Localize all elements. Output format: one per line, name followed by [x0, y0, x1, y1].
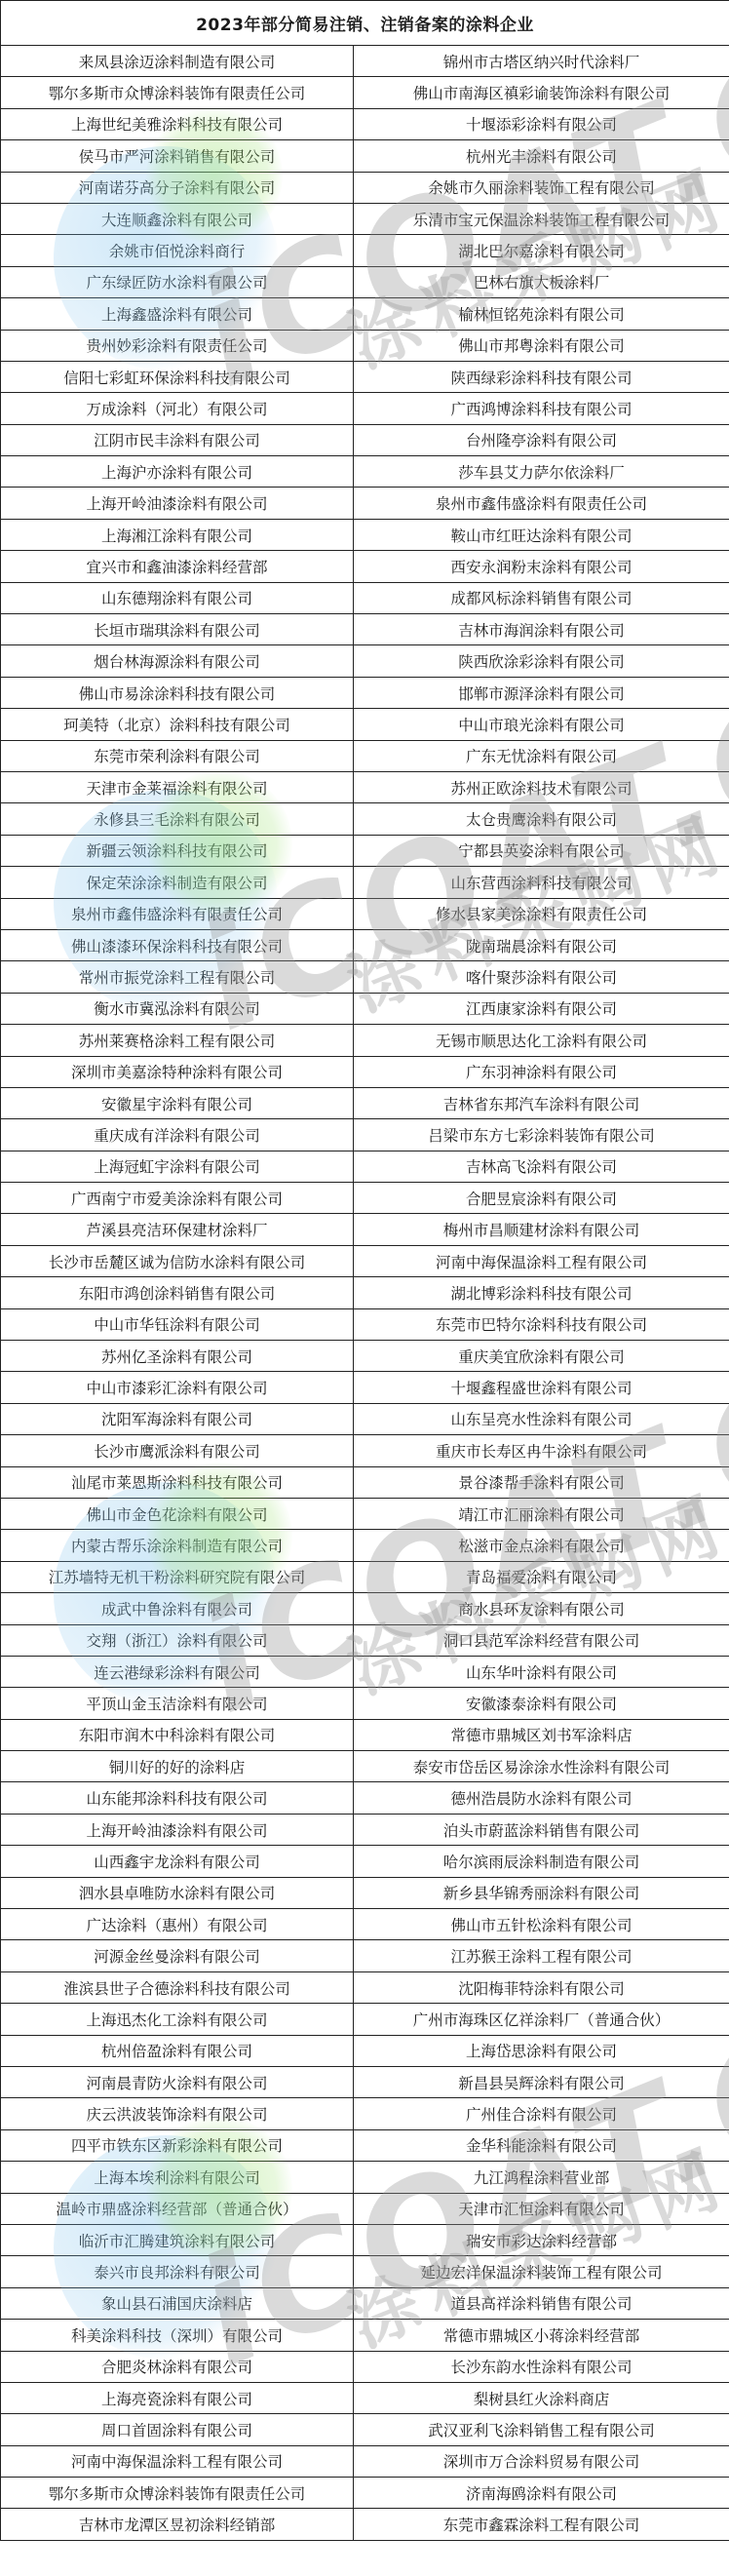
- company-name-left: 广西南宁市爱美涂涂料有限公司: [1, 1183, 354, 1214]
- company-name-left: 珂美特（北京）涂料科技有限公司: [1, 709, 354, 740]
- company-name-left: 烟台林海源涂料有限公司: [1, 645, 354, 677]
- company-name-right: 靖江市汇丽涂料有限公司: [354, 1498, 729, 1529]
- table-row: 杭州倍盈涂料有限公司上海岱思涂料有限公司: [1, 2035, 729, 2066]
- table-row: 庆云洪波装饰涂料有限公司广州佳合涂料有限公司: [1, 2098, 729, 2129]
- company-name-right: 苏州正欧涂料技术有限公司: [354, 771, 729, 802]
- company-name-right: 宁都县英姿涂料有限公司: [354, 835, 729, 866]
- company-name-right: 喀什聚莎涂料有限公司: [354, 961, 729, 993]
- company-name-left: 侯马市严河涂料销售有限公司: [1, 140, 354, 172]
- table-row: 重庆成有洋涂料有限公司吕梁市东方七彩涂料装饰有限公司: [1, 1119, 729, 1151]
- company-name-right: 延边宏洋保温涂料装饰工程有限公司: [354, 2256, 729, 2287]
- table-row: 长沙市岳麓区诚为信防水涂料有限公司河南中海保温涂料工程有限公司: [1, 1245, 729, 1276]
- company-name-left: 上海开岭油漆涂料有限公司: [1, 488, 354, 519]
- company-name-right: 东莞市鑫霖涂料工程有限公司: [354, 2509, 729, 2540]
- table-row: 苏州莱赛格涂料工程有限公司无锡市顺思达化工涂料有限公司: [1, 1025, 729, 1056]
- table-row: 上海开岭油漆涂料有限公司泉州市鑫伟盛涂料有限责任公司: [1, 488, 729, 519]
- table-row: 广西南宁市爱美涂涂料有限公司合肥昱宸涂料有限公司: [1, 1183, 729, 1214]
- company-name-right: 鞍山市红旺达涂料有限公司: [354, 519, 729, 550]
- company-name-right: 道县高祥涂料销售有限公司: [354, 2287, 729, 2319]
- company-name-left: 温岭市鼎盛涂料经营部（普通合伙）: [1, 2193, 354, 2224]
- table-row: 苏州亿圣涂料有限公司重庆美宜欣涂料有限公司: [1, 1341, 729, 1372]
- company-name-right: 深圳市万合涂料贸易有限公司: [354, 2445, 729, 2477]
- company-name-left: 上海开岭油漆涂料有限公司: [1, 1814, 354, 1845]
- table-row: 中山市华钰涂料有限公司东莞市巴特尔涂料科技有限公司: [1, 1308, 729, 1340]
- company-name-left: 合肥炎林涂料有限公司: [1, 2351, 354, 2382]
- table-row: 温岭市鼎盛涂料经营部（普通合伙）天津市汇恒涂料有限公司: [1, 2193, 729, 2224]
- company-name-left: 平顶山金玉洁涂料有限公司: [1, 1688, 354, 1719]
- company-name-right: 天津市汇恒涂料有限公司: [354, 2193, 729, 2224]
- table-row: 泗水县卓唯防水涂料有限公司新乡县华锦秀丽涂料有限公司: [1, 1877, 729, 1908]
- company-name-right: 莎车县艾力萨尔依涂料厂: [354, 456, 729, 488]
- table-row: 贵州妙彩涂料有限责任公司佛山市邦粤涂料有限公司: [1, 330, 729, 361]
- table-row: 安徽星宇涂料有限公司吉林省东邦汽车涂料有限公司: [1, 1087, 729, 1118]
- table-row: 烟台林海源涂料有限公司陕西欣涂彩涂料有限公司: [1, 645, 729, 677]
- table-row: 上海冠虹宇涂料有限公司吉林高飞涂料有限公司: [1, 1151, 729, 1182]
- table-row: 泉州市鑫伟盛涂料有限责任公司修水县家美涂涂料有限责任公司: [1, 898, 729, 929]
- company-name-left: 余姚市佰悦涂料商行: [1, 235, 354, 266]
- table-row: 上海本埃利涂料有限公司九江鸿程涂料营业部: [1, 2162, 729, 2193]
- company-name-right: 榆林恒铭苑涂料有限公司: [354, 298, 729, 330]
- company-name-right: 重庆美宜欣涂料有限公司: [354, 1341, 729, 1372]
- table-row: 广达涂料（惠州）有限公司佛山市五针松涂料有限公司: [1, 1909, 729, 1940]
- table-row: 河南诺芬高分子涂料有限公司余姚市久丽涂料装饰工程有限公司: [1, 172, 729, 203]
- company-name-left: 交翔（浙江）涂料有限公司: [1, 1624, 354, 1656]
- company-name-right: 洞口县范军涂料经营有限公司: [354, 1624, 729, 1656]
- company-name-left: 江阴市民丰涂料有限公司: [1, 424, 354, 455]
- company-name-right: 乐清市宝元保温涂料装饰工程有限公司: [354, 203, 729, 234]
- table-row: 山西鑫宇龙涂料有限公司哈尔滨雨辰涂料制造有限公司: [1, 1846, 729, 1877]
- company-name-right: 泰安市岱岳区易涂涂水性涂料有限公司: [354, 1751, 729, 1782]
- company-name-left: 芦溪县亮洁环保建材涂料厂: [1, 1214, 354, 1245]
- company-name-left: 来凤县涂迈涂料制造有限公司: [1, 46, 354, 77]
- company-name-left: 杭州倍盈涂料有限公司: [1, 2035, 354, 2066]
- table-row: 佛山漆漆环保涂料科技有限公司陇南瑞晨涂料有限公司: [1, 929, 729, 960]
- company-name-right: 太仓贵鹰涂料有限公司: [354, 803, 729, 835]
- company-name-right: 梨树县红火涂料商店: [354, 2382, 729, 2413]
- company-name-right: 广东羽神涂料有限公司: [354, 1056, 729, 1087]
- company-name-right: 重庆市长寿区冉牛涂料有限公司: [354, 1435, 729, 1466]
- company-name-left: 长沙市岳麓区诚为信防水涂料有限公司: [1, 1245, 354, 1276]
- company-name-left: 中山市漆彩汇涂料有限公司: [1, 1372, 354, 1403]
- company-name-right: 锦州市古塔区纳兴时代涂料厂: [354, 46, 729, 77]
- company-name-left: 江苏墙特无机干粉涂料研究院有限公司: [1, 1561, 354, 1592]
- company-name-left: 淮滨县世子合德涂料科技有限公司: [1, 1971, 354, 2003]
- table-row: 天津市金莱福涂料有限公司苏州正欧涂料技术有限公司: [1, 771, 729, 802]
- company-name-right: 佛山市邦粤涂料有限公司: [354, 330, 729, 361]
- company-name-left: 山西鑫宇龙涂料有限公司: [1, 1846, 354, 1877]
- company-name-right: 湖北巴尔嘉涂料有限公司: [354, 235, 729, 266]
- company-name-right: 泊头市蔚蓝涂料销售有限公司: [354, 1814, 729, 1845]
- table-row: 连云港绿彩涂料有限公司山东华叶涂料有限公司: [1, 1656, 729, 1687]
- company-name-left: 大连顺鑫涂料有限公司: [1, 203, 354, 234]
- company-name-left: 泉州市鑫伟盛涂料有限责任公司: [1, 898, 354, 929]
- company-name-left: 苏州亿圣涂料有限公司: [1, 1341, 354, 1372]
- company-name-left: 沈阳军海涂料有限公司: [1, 1403, 354, 1434]
- company-name-right: 吕梁市东方七彩涂料装饰有限公司: [354, 1119, 729, 1151]
- company-name-left: 上海世纪美雅涂料科技有限公司: [1, 108, 354, 139]
- company-name-right: 德州浩晨防水涂料有限公司: [354, 1782, 729, 1814]
- company-name-left: 象山县石浦国庆涂料店: [1, 2287, 354, 2319]
- company-name-right: 河南中海保温涂料工程有限公司: [354, 1245, 729, 1276]
- table-row: 深圳市美嘉涂特种涂料有限公司广东羽神涂料有限公司: [1, 1056, 729, 1087]
- table-row: 河南中海保温涂料工程有限公司深圳市万合涂料贸易有限公司: [1, 2445, 729, 2477]
- company-name-left: 成武中鲁涂料有限公司: [1, 1593, 354, 1624]
- company-name-left: 苏州莱赛格涂料工程有限公司: [1, 1025, 354, 1056]
- company-name-left: 信阳七彩虹环保涂料科技有限公司: [1, 361, 354, 392]
- company-name-right: 余姚市久丽涂料装饰工程有限公司: [354, 172, 729, 203]
- table-row: 山东德翔涂料有限公司成都风标涂料销售有限公司: [1, 582, 729, 613]
- company-name-right: 西安永润粉末涂料有限公司: [354, 551, 729, 582]
- table-row: 临沂市汇腾建筑涂料有限公司瑞安市彩达涂料经营部: [1, 2224, 729, 2255]
- table-row: 珂美特（北京）涂料科技有限公司中山市琅光涂料有限公司: [1, 709, 729, 740]
- company-name-right: 东莞市巴特尔涂料科技有限公司: [354, 1308, 729, 1340]
- company-name-left: 庆云洪波装饰涂料有限公司: [1, 2098, 354, 2129]
- table-header-row: 2023年部分简易注销、注销备案的涂料企业: [1, 1, 729, 46]
- company-name-left: 佛山漆漆环保涂料科技有限公司: [1, 929, 354, 960]
- company-name-left: 鄂尔多斯市众博涂料装饰有限责任公司: [1, 2478, 354, 2509]
- company-name-left: 上海本埃利涂料有限公司: [1, 2162, 354, 2193]
- company-name-left: 上海沪亦涂料有限公司: [1, 456, 354, 488]
- table-row: 吉林市龙潭区昱初涂料经销部东莞市鑫霖涂料工程有限公司: [1, 2509, 729, 2540]
- table-row: 江阴市民丰涂料有限公司台州隆亭涂料有限公司: [1, 424, 729, 455]
- table-row: 常州市振党涂料工程有限公司喀什聚莎涂料有限公司: [1, 961, 729, 993]
- table-row: 鄂尔多斯市众博涂料装饰有限责任公司济南海鸥涂料有限公司: [1, 2478, 729, 2509]
- company-name-left: 鄂尔多斯市众博涂料装饰有限责任公司: [1, 77, 354, 108]
- company-name-right: 哈尔滨雨辰涂料制造有限公司: [354, 1846, 729, 1877]
- table-row: 余姚市佰悦涂料商行湖北巴尔嘉涂料有限公司: [1, 235, 729, 266]
- table-row: 广东绿匠防水涂料有限公司巴林右旗大板涂料厂: [1, 266, 729, 297]
- company-name-right: 沈阳梅菲特涂料有限公司: [354, 1971, 729, 2003]
- company-name-right: 佛山市五针松涂料有限公司: [354, 1909, 729, 1940]
- company-name-right: 成都风标涂料销售有限公司: [354, 582, 729, 613]
- table-row: 上海鑫盛涂料有限公司榆林恒铭苑涂料有限公司: [1, 298, 729, 330]
- company-name-right: 新昌县吴辉涂料有限公司: [354, 2067, 729, 2098]
- company-name-left: 中山市华钰涂料有限公司: [1, 1308, 354, 1340]
- company-name-right: 长沙东韵水性涂料有限公司: [354, 2351, 729, 2382]
- company-name-right: 瑞安市彩达涂料经营部: [354, 2224, 729, 2255]
- company-name-right: 陕西欣涂彩涂料有限公司: [354, 645, 729, 677]
- table-row: 东阳市鸿创涂料销售有限公司湖北博彩涂料科技有限公司: [1, 1277, 729, 1308]
- company-name-left: 常州市振党涂料工程有限公司: [1, 961, 354, 993]
- company-name-left: 广东绿匠防水涂料有限公司: [1, 266, 354, 297]
- company-name-left: 河南诺芬高分子涂料有限公司: [1, 172, 354, 203]
- company-name-right: 广东无忧涂料有限公司: [354, 740, 729, 771]
- company-name-right: 无锡市顺思达化工涂料有限公司: [354, 1025, 729, 1056]
- company-name-right: 泉州市鑫伟盛涂料有限责任公司: [354, 488, 729, 519]
- company-name-left: 上海冠虹宇涂料有限公司: [1, 1151, 354, 1182]
- company-name-right: 邯郸市源泽涂料有限公司: [354, 677, 729, 708]
- company-name-left: 上海迅杰化工涂料有限公司: [1, 2004, 354, 2035]
- company-name-right: 山东呈亮水性涂料有限公司: [354, 1403, 729, 1434]
- table-row: 象山县石浦国庆涂料店道县高祥涂料销售有限公司: [1, 2287, 729, 2319]
- company-name-left: 衡水市冀泓涂料有限公司: [1, 993, 354, 1024]
- table-row: 佛山市金色花涂料有限公司靖江市汇丽涂料有限公司: [1, 1498, 729, 1529]
- table-row: 泰兴市良邦涂料有限公司延边宏洋保温涂料装饰工程有限公司: [1, 2256, 729, 2287]
- company-name-left: 保定荣涂涂料制造有限公司: [1, 867, 354, 898]
- table-row: 内蒙古帮乐涂涂料制造有限公司松滋市金点涂料有限公司: [1, 1530, 729, 1561]
- company-table: 2023年部分简易注销、注销备案的涂料企业 来凤县涂迈涂料制造有限公司锦州市古塔…: [0, 0, 729, 2541]
- table-row: 鄂尔多斯市众博涂料装饰有限责任公司佛山市南海区禛彩谕装饰涂料有限公司: [1, 77, 729, 108]
- table-row: 上海湘江涂料有限公司鞍山市红旺达涂料有限公司: [1, 519, 729, 550]
- table-row: 上海开岭油漆涂料有限公司泊头市蔚蓝涂料销售有限公司: [1, 1814, 729, 1845]
- company-name-right: 商水县环友涂料有限公司: [354, 1593, 729, 1624]
- table-row: 合肥炎林涂料有限公司长沙东韵水性涂料有限公司: [1, 2351, 729, 2382]
- table-row: 信阳七彩虹环保涂料科技有限公司陕西绿彩涂料科技有限公司: [1, 361, 729, 392]
- company-name-left: 广达涂料（惠州）有限公司: [1, 1909, 354, 1940]
- company-name-right: 景谷漆帮手涂料有限公司: [354, 1466, 729, 1498]
- company-name-right: 安徽漆泰涂料有限公司: [354, 1688, 729, 1719]
- table-row: 永修县三毛涂料有限公司太仓贵鹰涂料有限公司: [1, 803, 729, 835]
- table-row: 宜兴市和鑫油漆涂料经营部西安永润粉末涂料有限公司: [1, 551, 729, 582]
- table-row: 侯马市严河涂料销售有限公司杭州光丰涂料有限公司: [1, 140, 729, 172]
- company-name-left: 佛山市金色花涂料有限公司: [1, 1498, 354, 1529]
- company-name-left: 吉林市龙潭区昱初涂料经销部: [1, 2509, 354, 2540]
- company-name-left: 泰兴市良邦涂料有限公司: [1, 2256, 354, 2287]
- table-row: 上海亮瓷涂料有限公司梨树县红火涂料商店: [1, 2382, 729, 2413]
- company-name-right: 武汉亚利飞涂料销售工程有限公司: [354, 2414, 729, 2445]
- table-row: 汕尾市莱恩斯涂料科技有限公司景谷漆帮手涂料有限公司: [1, 1466, 729, 1498]
- table-row: 上海迅杰化工涂料有限公司广州市海珠区亿祥涂料厂（普通合伙）: [1, 2004, 729, 2035]
- table-row: 上海世纪美雅涂料科技有限公司十堰添彩涂料有限公司: [1, 108, 729, 139]
- company-name-left: 临沂市汇腾建筑涂料有限公司: [1, 2224, 354, 2255]
- company-name-left: 东阳市鸿创涂料销售有限公司: [1, 1277, 354, 1308]
- company-name-right: 修水县家美涂涂料有限责任公司: [354, 898, 729, 929]
- company-name-right: 台州隆亭涂料有限公司: [354, 424, 729, 455]
- company-name-right: 广州佳合涂料有限公司: [354, 2098, 729, 2129]
- company-name-left: 汕尾市莱恩斯涂料科技有限公司: [1, 1466, 354, 1498]
- company-name-left: 天津市金莱福涂料有限公司: [1, 771, 354, 802]
- table-row: 周口首固涂料有限公司武汉亚利飞涂料销售工程有限公司: [1, 2414, 729, 2445]
- company-name-left: 东阳市润木中科涂料有限公司: [1, 1719, 354, 1750]
- table-row: 佛山市易涂涂料科技有限公司邯郸市源泽涂料有限公司: [1, 677, 729, 708]
- company-name-right: 湖北博彩涂料科技有限公司: [354, 1277, 729, 1308]
- table-title: 2023年部分简易注销、注销备案的涂料企业: [1, 1, 729, 46]
- company-name-right: 济南海鸥涂料有限公司: [354, 2478, 729, 2509]
- company-name-right: 新乡县华锦秀丽涂料有限公司: [354, 1877, 729, 1908]
- table-row: 江苏墙特无机干粉涂料研究院有限公司青岛福爱涂料有限公司: [1, 1561, 729, 1592]
- table-row: 科美涂料科技（深圳）有限公司常德市鼎城区小蒋涂料经营部: [1, 2320, 729, 2351]
- table-row: 沈阳军海涂料有限公司山东呈亮水性涂料有限公司: [1, 1403, 729, 1434]
- table-row: 东莞市荣利涂料有限公司广东无忧涂料有限公司: [1, 740, 729, 771]
- company-name-left: 永修县三毛涂料有限公司: [1, 803, 354, 835]
- company-name-left: 宜兴市和鑫油漆涂料经营部: [1, 551, 354, 582]
- table-row: 淮滨县世子合德涂料科技有限公司沈阳梅菲特涂料有限公司: [1, 1971, 729, 2003]
- company-name-right: 松滋市金点涂料有限公司: [354, 1530, 729, 1561]
- company-name-right: 吉林市海润涂料有限公司: [354, 614, 729, 645]
- company-name-right: 巴林右旗大板涂料厂: [354, 266, 729, 297]
- table-row: 成武中鲁涂料有限公司商水县环友涂料有限公司: [1, 1593, 729, 1624]
- table-body: 来凤县涂迈涂料制造有限公司锦州市古塔区纳兴时代涂料厂鄂尔多斯市众博涂料装饰有限责…: [1, 46, 729, 2541]
- document-sheet: 2023年部分简易注销、注销备案的涂料企业 来凤县涂迈涂料制造有限公司锦州市古塔…: [0, 0, 729, 2576]
- company-name-left: 周口首固涂料有限公司: [1, 2414, 354, 2445]
- table-row: 长沙市鹰派涂料有限公司重庆市长寿区冉牛涂料有限公司: [1, 1435, 729, 1466]
- table-row: 芦溪县亮洁环保建材涂料厂梅州市昌顺建材涂料有限公司: [1, 1214, 729, 1245]
- table-row: 山东能邦涂料科技有限公司德州浩晨防水涂料有限公司: [1, 1782, 729, 1814]
- company-name-left: 河南中海保温涂料工程有限公司: [1, 2445, 354, 2477]
- company-name-left: 连云港绿彩涂料有限公司: [1, 1656, 354, 1687]
- company-name-right: 上海岱思涂料有限公司: [354, 2035, 729, 2066]
- company-name-left: 科美涂料科技（深圳）有限公司: [1, 2320, 354, 2351]
- company-name-right: 山东华叶涂料有限公司: [354, 1656, 729, 1687]
- company-name-right: 佛山市南海区禛彩谕装饰涂料有限公司: [354, 77, 729, 108]
- company-name-left: 万成涂料（河北）有限公司: [1, 393, 354, 424]
- table-row: 衡水市冀泓涂料有限公司江西康家涂料有限公司: [1, 993, 729, 1024]
- company-name-right: 山东营西涂料科技有限公司: [354, 867, 729, 898]
- table-row: 交翔（浙江）涂料有限公司洞口县范军涂料经营有限公司: [1, 1624, 729, 1656]
- company-name-right: 吉林省东邦汽车涂料有限公司: [354, 1087, 729, 1118]
- company-name-right: 江苏猴王涂料工程有限公司: [354, 1940, 729, 1971]
- company-name-right: 常德市鼎城区小蒋涂料经营部: [354, 2320, 729, 2351]
- company-name-left: 重庆成有洋涂料有限公司: [1, 1119, 354, 1151]
- company-name-right: 陕西绿彩涂料科技有限公司: [354, 361, 729, 392]
- company-name-right: 陇南瑞晨涂料有限公司: [354, 929, 729, 960]
- company-name-right: 吉林高飞涂料有限公司: [354, 1151, 729, 1182]
- company-name-right: 中山市琅光涂料有限公司: [354, 709, 729, 740]
- table-row: 河源金丝曼涂料有限公司江苏猴王涂料工程有限公司: [1, 1940, 729, 1971]
- table-row: 河南晨青防火涂料有限公司新昌县吴辉涂料有限公司: [1, 2067, 729, 2098]
- table-row: 上海沪亦涂料有限公司莎车县艾力萨尔依涂料厂: [1, 456, 729, 488]
- company-name-left: 贵州妙彩涂料有限责任公司: [1, 330, 354, 361]
- company-name-left: 内蒙古帮乐涂涂料制造有限公司: [1, 1530, 354, 1561]
- table-row: 铜川好的好的涂料店泰安市岱岳区易涂涂水性涂料有限公司: [1, 1751, 729, 1782]
- company-name-right: 广西鸿博涂料科技有限公司: [354, 393, 729, 424]
- table-row: 来凤县涂迈涂料制造有限公司锦州市古塔区纳兴时代涂料厂: [1, 46, 729, 77]
- company-name-right: 梅州市昌顺建材涂料有限公司: [354, 1214, 729, 1245]
- company-name-left: 河源金丝曼涂料有限公司: [1, 1940, 354, 1971]
- table-row: 新疆云领涂料科技有限公司宁都县英姿涂料有限公司: [1, 835, 729, 866]
- table-row: 四平市铁东区新彩涂料有限公司金华科能涂料有限公司: [1, 2129, 729, 2161]
- company-name-right: 青岛福爱涂料有限公司: [354, 1561, 729, 1592]
- company-name-left: 铜川好的好的涂料店: [1, 1751, 354, 1782]
- table-row: 大连顺鑫涂料有限公司乐清市宝元保温涂料装饰工程有限公司: [1, 203, 729, 234]
- company-name-right: 金华科能涂料有限公司: [354, 2129, 729, 2161]
- company-name-left: 河南晨青防火涂料有限公司: [1, 2067, 354, 2098]
- company-name-left: 山东能邦涂料科技有限公司: [1, 1782, 354, 1814]
- company-name-left: 长垣市瑞琪涂料有限公司: [1, 614, 354, 645]
- table-row: 平顶山金玉洁涂料有限公司安徽漆泰涂料有限公司: [1, 1688, 729, 1719]
- company-name-right: 十堰鑫程盛世涂料有限公司: [354, 1372, 729, 1403]
- company-name-left: 上海湘江涂料有限公司: [1, 519, 354, 550]
- company-name-left: 佛山市易涂涂料科技有限公司: [1, 677, 354, 708]
- table-row: 东阳市润木中科涂料有限公司常德市鼎城区刘书军涂料店: [1, 1719, 729, 1750]
- company-name-left: 深圳市美嘉涂特种涂料有限公司: [1, 1056, 354, 1087]
- company-name-left: 安徽星宇涂料有限公司: [1, 1087, 354, 1118]
- company-name-left: 上海鑫盛涂料有限公司: [1, 298, 354, 330]
- company-name-right: 十堰添彩涂料有限公司: [354, 108, 729, 139]
- company-name-left: 上海亮瓷涂料有限公司: [1, 2382, 354, 2413]
- table-row: 中山市漆彩汇涂料有限公司十堰鑫程盛世涂料有限公司: [1, 1372, 729, 1403]
- table-row: 长垣市瑞琪涂料有限公司吉林市海润涂料有限公司: [1, 614, 729, 645]
- company-name-right: 江西康家涂料有限公司: [354, 993, 729, 1024]
- company-name-left: 东莞市荣利涂料有限公司: [1, 740, 354, 771]
- company-name-left: 山东德翔涂料有限公司: [1, 582, 354, 613]
- company-name-left: 长沙市鹰派涂料有限公司: [1, 1435, 354, 1466]
- company-name-right: 广州市海珠区亿祥涂料厂（普通合伙）: [354, 2004, 729, 2035]
- table-row: 万成涂料（河北）有限公司广西鸿博涂料科技有限公司: [1, 393, 729, 424]
- company-name-right: 常德市鼎城区刘书军涂料店: [354, 1719, 729, 1750]
- company-name-right: 合肥昱宸涂料有限公司: [354, 1183, 729, 1214]
- company-name-left: 四平市铁东区新彩涂料有限公司: [1, 2129, 354, 2161]
- company-name-left: 泗水县卓唯防水涂料有限公司: [1, 1877, 354, 1908]
- company-name-right: 杭州光丰涂料有限公司: [354, 140, 729, 172]
- company-name-right: 九江鸿程涂料营业部: [354, 2162, 729, 2193]
- company-name-left: 新疆云领涂料科技有限公司: [1, 835, 354, 866]
- table-row: 保定荣涂涂料制造有限公司山东营西涂料科技有限公司: [1, 867, 729, 898]
